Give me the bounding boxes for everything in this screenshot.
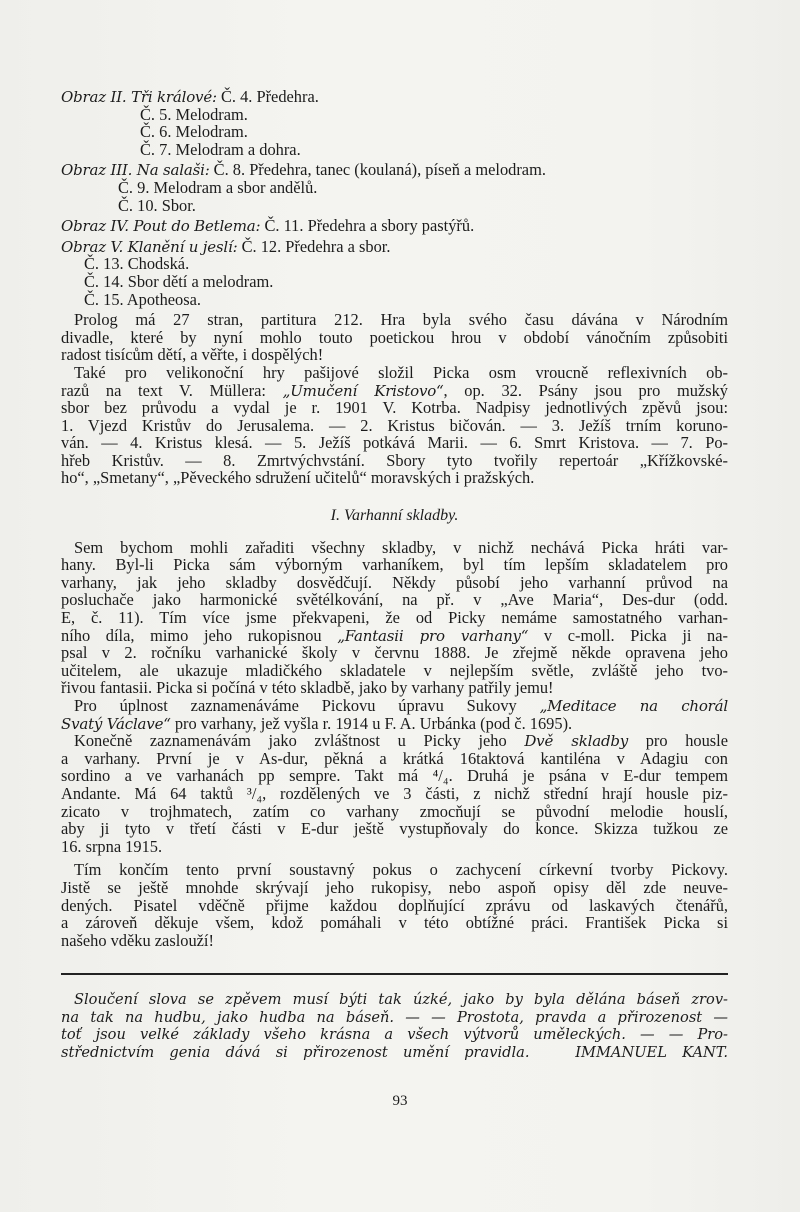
- scene-list-item: Obraz IV. Pout do Betlema: Č. 11. Předeh…: [61, 217, 728, 235]
- horizontal-rule: [61, 973, 728, 975]
- text-span: ního díla, mimo jeho rukopisnou: [61, 626, 322, 645]
- scene-label: Obraz IV. Pout do Betlema:: [61, 217, 260, 235]
- quote-line: na tak na hudbu, jako hudba na báseň. — …: [61, 1007, 728, 1025]
- text-line: 1. Vjezd Kristův do Jerusalema. — 2. Kri…: [61, 417, 728, 435]
- text-span: v c-moll. Picka ji na-: [528, 626, 728, 645]
- work-title: Dvě skladby: [524, 732, 628, 750]
- text-line: Prolog má 27 stran, partitura 212. Hra b…: [61, 311, 728, 329]
- scene-label: Obraz III. Na salaši:: [61, 161, 210, 179]
- text-line: hany. Byl-li Picka sám výborným varhaník…: [61, 556, 728, 574]
- text-line: Andante. Má 64 taktů ³/₄, rozdělených ve…: [61, 785, 728, 803]
- paragraph-prolog: Prolog má 27 stran, partitura 212. Hra b…: [61, 311, 728, 364]
- scene-list-item: Č. 9. Melodram a sbor andělů.: [61, 179, 728, 197]
- text-line: řivou fantasii. Picka si počíná v této s…: [61, 679, 728, 697]
- scene-number: Č. 14. Sbor dětí a melodram.: [84, 272, 273, 291]
- text-line: 16. srpna 1915.: [61, 838, 728, 856]
- work-title: „Fantasii pro varhany“: [337, 627, 528, 645]
- quote-line: Sloučení slova se zpěvem musí býti tak ú…: [61, 989, 728, 1007]
- text-span: Pro úplnost zaznamenáváme Pickovu úpravu…: [74, 696, 517, 715]
- scene-list-item: Č. 7. Melodram a dohra.: [61, 141, 728, 159]
- scene-number: Č. 8. Předehra, tanec (koulaná), píseň a…: [214, 160, 546, 179]
- text-line: radost tisícům dětí, a věřte, i dospělýc…: [61, 346, 728, 364]
- text-line: našeho vděku zaslouží!: [61, 932, 728, 950]
- quote-line: toť jsou velké základy všeho krásna a vš…: [61, 1024, 728, 1042]
- scene-list-item: Č. 14. Sbor dětí a melodram.: [61, 273, 728, 291]
- text-column: Obraz II. Tři králové: Č. 4. Předehra. Č…: [61, 88, 728, 949]
- scene-number: Č. 15. Apotheosa.: [84, 290, 201, 309]
- paragraph-conclusion: Tím končím tento první soustavný pokus o…: [61, 861, 728, 949]
- scene-number: Č. 10. Sbor.: [118, 196, 196, 215]
- scene-list-item: Č. 10. Sbor.: [61, 197, 728, 215]
- text-line: divadle, které by nyní mohlo touto poeti…: [61, 329, 728, 347]
- scene-number: Č. 4. Předehra.: [221, 87, 319, 106]
- paragraph-passion-plays: Také pro velikonoční hry pašijové složil…: [61, 364, 728, 487]
- text-line: a zároveň děkuje všem, kdož pomáhali v t…: [61, 914, 728, 932]
- scene-label: Obraz II. Tři králové:: [61, 88, 217, 106]
- paragraph-violin-pieces: Konečně zaznamenávám jako zvláštnost u P…: [61, 732, 728, 855]
- text-line: razů na text V. Müllera: „Umučení Kristo…: [61, 382, 728, 400]
- scene-list-item: Č. 15. Apotheosa.: [61, 291, 728, 309]
- scene-number: Č. 6. Melodram.: [140, 122, 248, 141]
- text-line: posluchače jako harmonické světélkování,…: [61, 591, 728, 609]
- text-line: ván. — 4. Kristus klesá. — 5. Ježíš potk…: [61, 434, 728, 452]
- text-line: dených. Pisatel vděčně přijme každou dop…: [61, 897, 728, 915]
- text-line: sordino a ve varhanách pp sempre. Takt m…: [61, 767, 728, 785]
- scene-list: Obraz II. Tři králové: Č. 4. Předehra. Č…: [61, 88, 728, 308]
- paragraph-suk-meditation: Pro úplnost zaznamenáváme Pickovu úpravu…: [61, 697, 728, 732]
- text-span: , op. 32. Psány jsou pro mužský: [444, 381, 728, 400]
- scene-list-item: Obraz II. Tři králové: Č. 4. Předehra.: [61, 88, 728, 106]
- section-heading: I. Varhanní skladby.: [61, 507, 728, 525]
- text-line: a varhany. První je v As-dur, pěkná a kr…: [61, 750, 728, 768]
- text-line: Konečně zaznamenávám jako zvláštnost u P…: [61, 732, 728, 750]
- page-number: 93: [0, 1093, 800, 1110]
- text-span: pro varhany, jež vyšla r. 1914 u F. A. U…: [171, 714, 572, 733]
- scene-list-item: Obraz III. Na salaši: Č. 8. Předehra, ta…: [61, 161, 728, 179]
- scene-label: Obraz V. Klanění u jeslí:: [61, 238, 237, 256]
- scene-list-item: Č. 6. Melodram.: [61, 123, 728, 141]
- text-line: varhany, jak jeho skladby dosvědčují. Ně…: [61, 574, 728, 592]
- scene-number: Č. 12. Předehra a sbor.: [242, 237, 391, 256]
- scene-number: Č. 7. Melodram a dohra.: [140, 140, 301, 159]
- scene-list-item: Č. 5. Melodram.: [61, 106, 728, 124]
- scene-number: Č. 9. Melodram a sbor andělů.: [118, 178, 317, 197]
- scene-list-item: Č. 13. Chodská.: [61, 255, 728, 273]
- text-line: ho“, „Smetany“, „Pěveckého sdružení učit…: [61, 469, 728, 487]
- text-line: Pro úplnost zaznamenáváme Pickovu úpravu…: [61, 697, 728, 715]
- book-page: Obraz II. Tři králové: Č. 4. Předehra. Č…: [0, 0, 800, 1212]
- text-span: Konečně zaznamenávám jako zvláštnost u P…: [74, 731, 507, 750]
- scene-number: Č. 13. Chodská.: [84, 254, 189, 273]
- scene-number: Č. 11. Předehra a sbory pastýřů.: [264, 216, 474, 235]
- text-line: Také pro velikonoční hry pašijové složil…: [61, 364, 728, 382]
- text-line: hřeb Kristův. — 8. Zmrtvýchvstání. Sbory…: [61, 452, 728, 470]
- scene-list-item: Obraz V. Klanění u jeslí: Č. 12. Předehr…: [61, 238, 728, 256]
- text-line: Tím končím tento první soustavný pokus o…: [61, 861, 728, 879]
- text-line: Svatý Václave“ pro varhany, jež vyšla r.…: [61, 715, 728, 733]
- work-title: „Umučení Kristovo“: [283, 382, 444, 400]
- text-line: ního díla, mimo jeho rukopisnou „Fantasi…: [61, 627, 728, 645]
- text-line: Sem bychom mohli zařaditi všechny skladb…: [61, 539, 728, 557]
- kant-quote: Sloučení slova se zpěvem musí býti tak ú…: [61, 989, 728, 1059]
- text-span: razů na text V. Müllera:: [61, 381, 266, 400]
- text-line: zicato v trojhmatech, zatím co varhany z…: [61, 803, 728, 821]
- text-line: E, č. 11). Tím více jsme překvapeni, že …: [61, 609, 728, 627]
- work-title: Svatý Václave“: [61, 715, 171, 733]
- paragraph-organ-works: Sem bychom mohli zařaditi všechny skladb…: [61, 539, 728, 697]
- text-line: učitelem, ale ukazuje mladičkého skladat…: [61, 662, 728, 680]
- quote-line: střednictvím genia dává si přirozenost u…: [61, 1042, 728, 1060]
- scene-number: Č. 5. Melodram.: [140, 105, 248, 124]
- text-span: pro housle: [628, 731, 728, 750]
- text-line: Jistě se ještě mnohde skrývají jeho ruko…: [61, 879, 728, 897]
- work-title: „Meditace na chorál: [540, 697, 728, 715]
- text-line: psal v 2. ročníku varhanické školy v čer…: [61, 644, 728, 662]
- text-line: sbor bez průvodu a vydal je r. 1901 V. K…: [61, 399, 728, 417]
- text-line: aby ji tyto v třetí části v E-dur ještě …: [61, 820, 728, 838]
